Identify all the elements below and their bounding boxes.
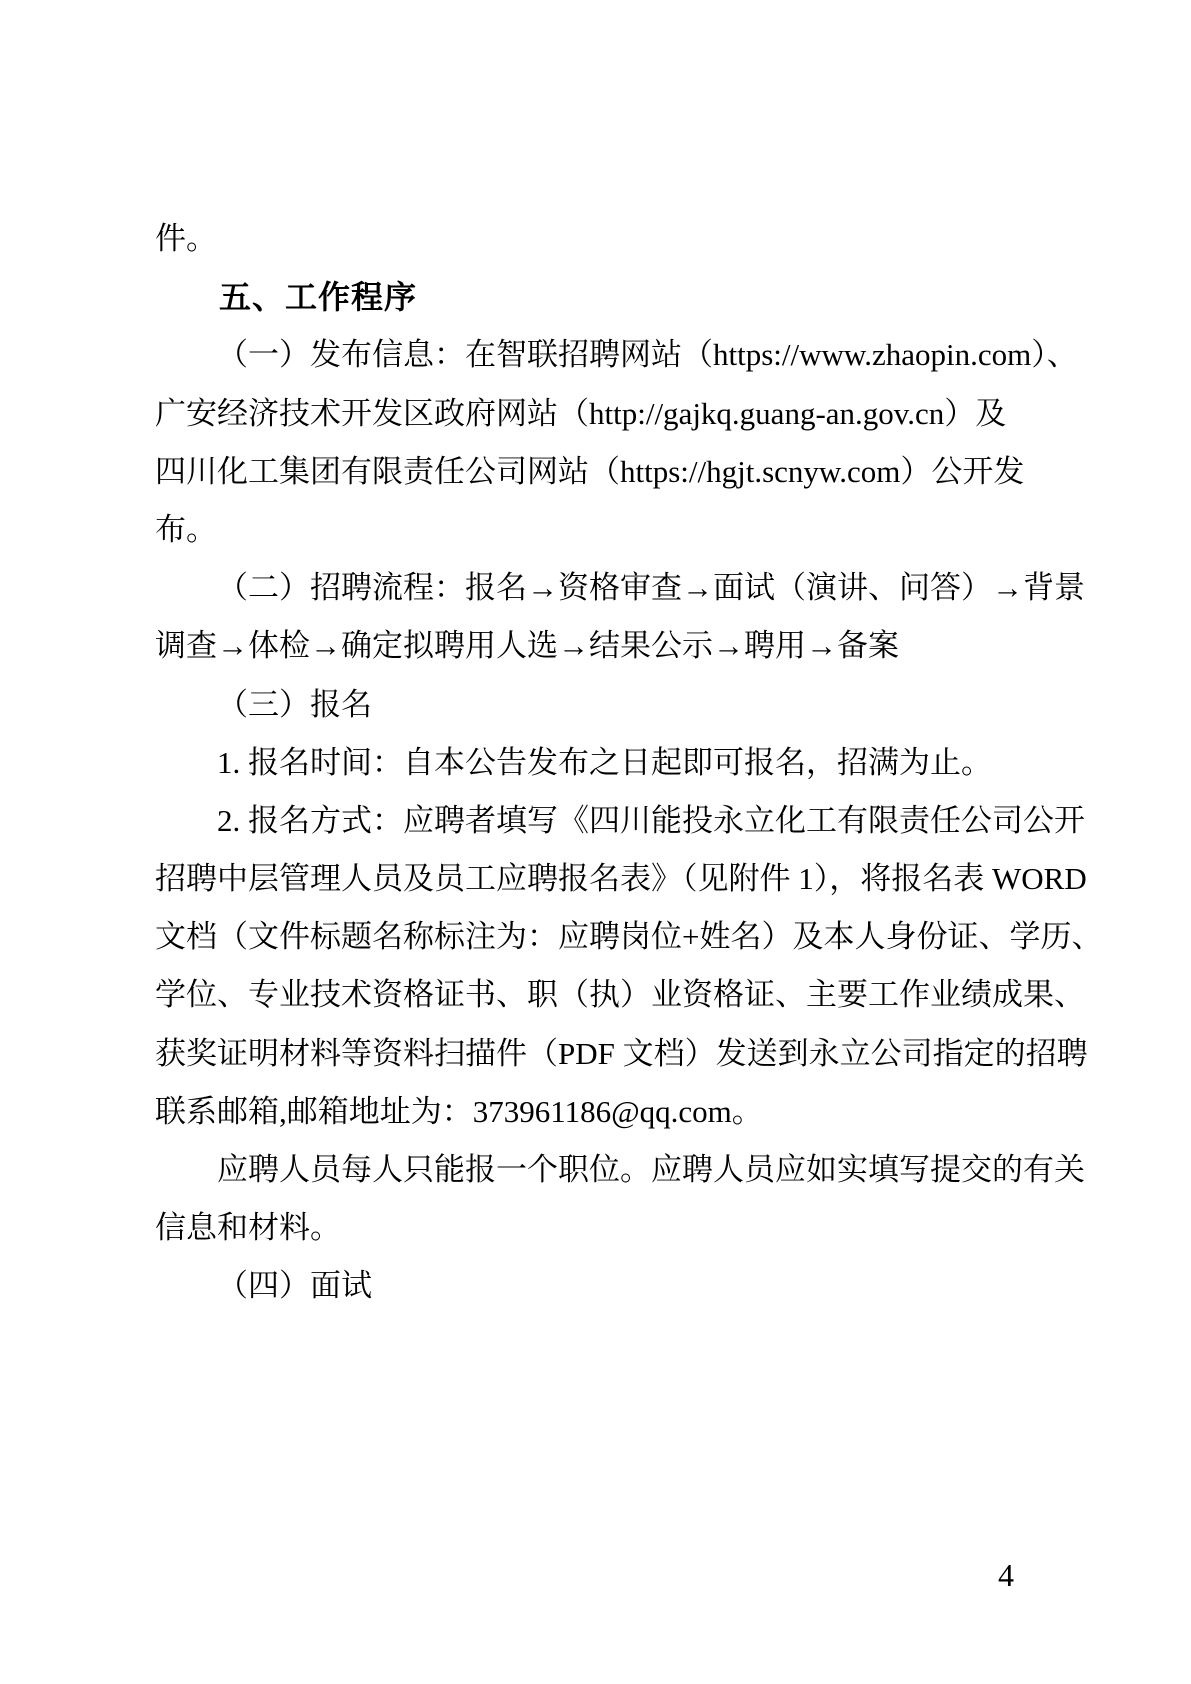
text-line: 招聘中层管理人员及员工应聘报名表》（见附件 1），将报名表 WORD <box>155 850 1057 908</box>
text-line: 四川化工集团有限责任公司网站（https://hgjt.scnyw.com）公开… <box>155 443 1057 501</box>
page-number: 4 <box>998 1546 1014 1604</box>
text-line: （一）发布信息：在智联招聘网站（https://www.zhaopin.com）… <box>155 326 1057 384</box>
text-line: 1. 报名时间：自本公告发布之日起即可报名，招满为止。 <box>155 734 1057 792</box>
text-line: （二）招聘流程：报名→资格审查→面试（演讲、问答）→背景 <box>155 559 1057 617</box>
text-line: 应聘人员每人只能报一个职位。应聘人员应如实填写提交的有关 <box>155 1141 1057 1199</box>
text-line: 件。 <box>155 210 1057 268</box>
text-line: 联系邮箱,邮箱地址为：373961186@qq.com。 <box>155 1083 1057 1141</box>
text-line: 广安经济技术开发区政府网站（http://gajkq.guang-an.gov.… <box>155 385 1057 443</box>
document-body: 件。 五、工作程序 （一）发布信息：在智联招聘网站（https://www.zh… <box>155 210 1057 1316</box>
subsection-heading: （三）报名 <box>155 676 1057 734</box>
document-page: 件。 五、工作程序 （一）发布信息：在智联招聘网站（https://www.zh… <box>0 0 1191 1684</box>
text-line: 学位、专业技术资格证书、职（执）业资格证、主要工作业绩成果、 <box>155 966 1057 1024</box>
text-line: 文档（文件标题名称标注为：应聘岗位+姓名）及本人身份证、学历、 <box>155 908 1057 966</box>
text-line: 2. 报名方式：应聘者填写《四川能投永立化工有限责任公司公开 <box>155 792 1057 850</box>
text-line: 信息和材料。 <box>155 1199 1057 1257</box>
subsection-heading: （四）面试 <box>155 1257 1057 1315</box>
text-line: 获奖证明材料等资料扫描件（PDF 文档）发送到永立公司指定的招聘 <box>155 1025 1057 1083</box>
text-line: 布。 <box>155 501 1057 559</box>
section-heading: 五、工作程序 <box>155 268 1057 326</box>
text-line: 调查→体检→确定拟聘用人选→结果公示→聘用→备案 <box>155 617 1057 675</box>
